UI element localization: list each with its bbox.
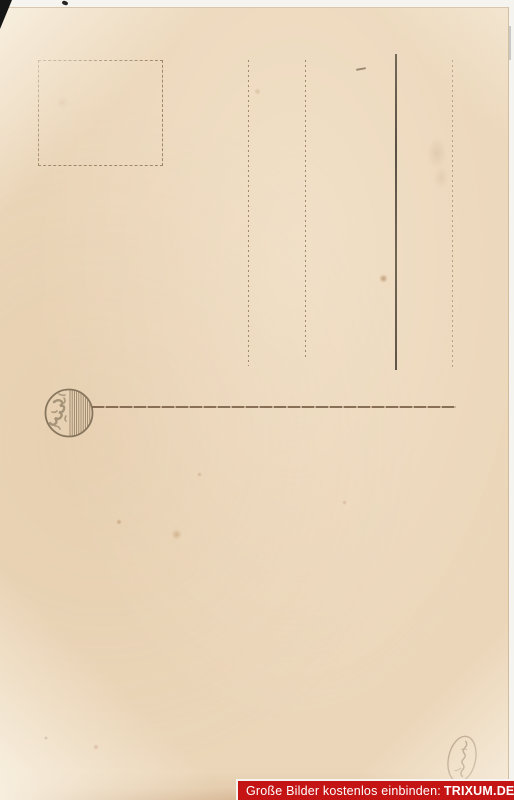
- foxing-spot: [342, 500, 347, 505]
- foxing-spot: [93, 744, 99, 750]
- foxing-spot: [116, 519, 122, 525]
- publisher-emblem-icon: [42, 386, 96, 440]
- postcard-back: [0, 7, 509, 800]
- banner-brand: TRIXUM.DE: [444, 784, 514, 798]
- divider-line-dotted-2: [305, 60, 306, 358]
- divider-line-dotted-3: [452, 60, 453, 368]
- foxing-spot: [171, 529, 182, 540]
- foxing-spot: [379, 274, 388, 283]
- foxing-smudge: [433, 166, 449, 190]
- foxing-spot: [44, 736, 48, 740]
- watermark-banner: Große Bilder kostenlos einbinden: TRIXUM…: [236, 779, 514, 800]
- scan-edge-line: [509, 26, 511, 60]
- sender-rule-line: [92, 406, 456, 408]
- scratch-mark: [356, 67, 366, 71]
- stamp-box: [38, 60, 163, 166]
- scan-speck: [62, 0, 69, 6]
- foxing-spot: [254, 88, 261, 95]
- postcard-scan: Große Bilder kostenlos einbinden: TRIXUM…: [0, 0, 514, 800]
- banner-text: Große Bilder kostenlos einbinden:: [246, 784, 441, 798]
- divider-line-dotted-1: [248, 60, 249, 366]
- divider-line-solid: [395, 54, 397, 370]
- foxing-smudge: [427, 137, 447, 169]
- foxing-spot: [197, 472, 202, 477]
